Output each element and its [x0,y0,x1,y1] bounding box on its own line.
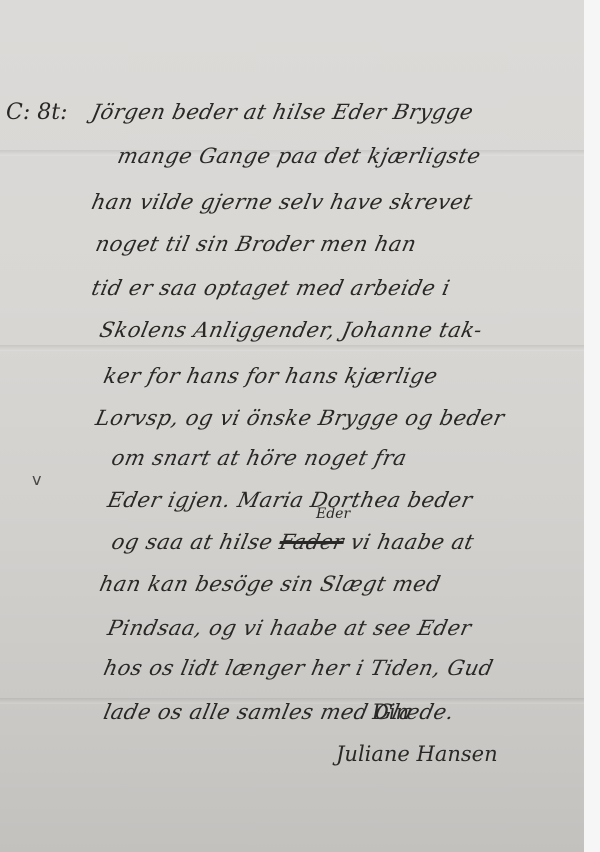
letter-line: han kan besöge sin Slægt med [97,572,443,596]
letter-line: Jörgen beder at hilse Eder Brygge [89,100,475,124]
closing: Din [372,700,409,724]
letter-line: mange Gange paa det kjærligste [115,144,483,168]
letter-line: Skolens Anliggender, Johanne tak- [97,318,484,342]
struck-word: Fader [277,530,346,554]
letter-line: han vilde gjerne selv have skrevet [89,190,474,214]
signature: Juliane Hansen [336,742,498,766]
letter-line: hos os lidt længer her i Tiden, Gud [101,656,495,680]
letter-line: ker for hans for hans kjærlige [101,364,440,388]
letter-line: tid er saa optaget med arbeide i [89,276,452,300]
inserted-word: Eder [316,506,350,522]
letter-line: Eder igjen. Maria Dorthea beder [105,488,474,512]
letter-line-with-correction: og saa at hilse Fader vi haabe at [109,530,476,554]
margin-check-mark: v [32,470,41,489]
letter-line: Lorvsp, og vi önske Brygge og beder [93,406,506,430]
letter-text: vi haabe at [348,530,476,554]
letter-line: noget til sin Broder men han [93,232,418,256]
letter-line: Pindsaa, og vi haabe at see Eder [105,616,473,640]
margin-reference: C: 8t: [6,100,68,125]
letter-text: og saa at hilse [109,530,275,554]
letter-line: om snart at höre noget fra [109,446,409,470]
paper-fold [0,345,584,351]
page-edge [584,0,600,852]
